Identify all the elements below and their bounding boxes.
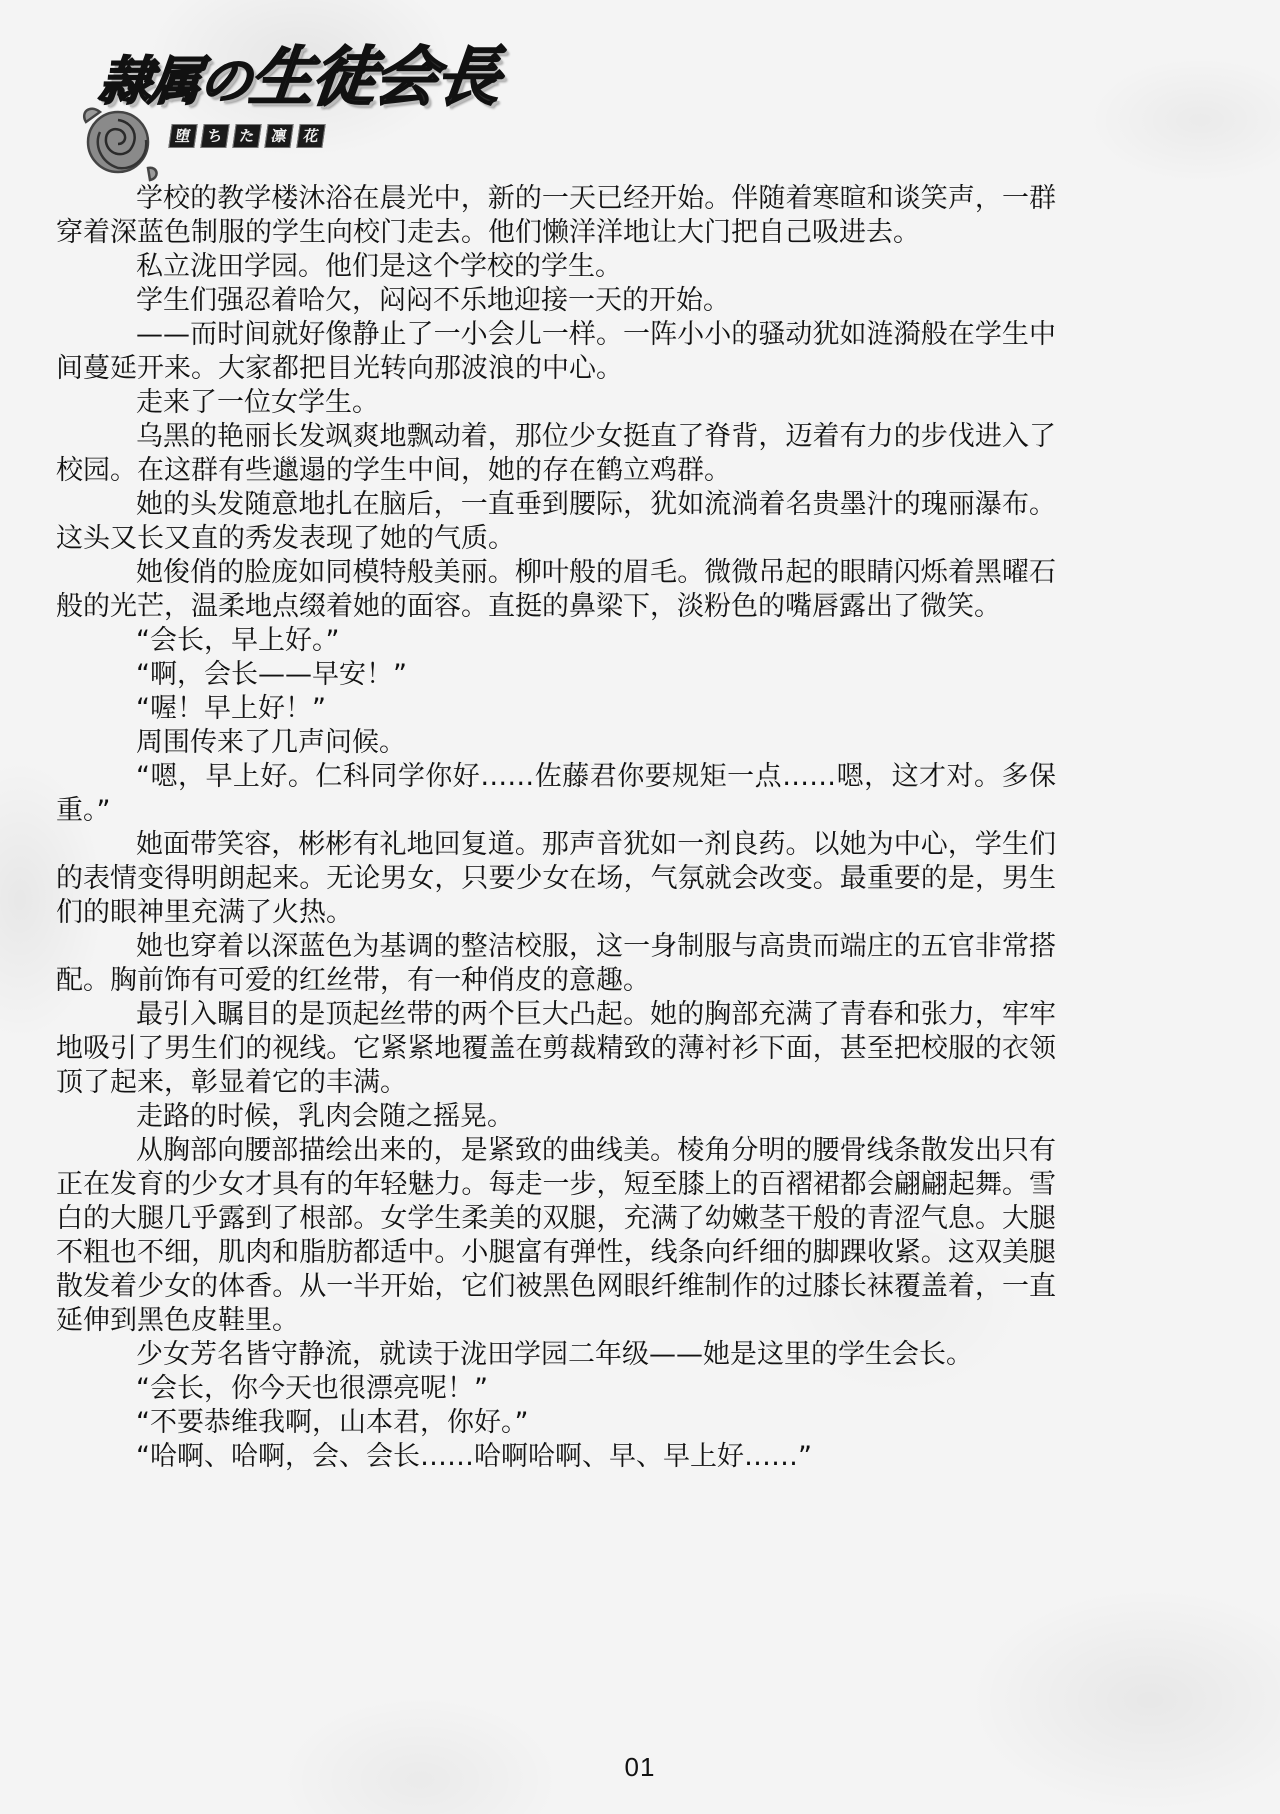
- paragraph: 走路的时候，乳肉会随之摇晃。: [56, 1100, 1056, 1134]
- logo-subtitle-char: た: [232, 124, 261, 148]
- logo-subtitle-char: 堕: [168, 124, 197, 148]
- dialogue-line: “不要恭维我啊，山本君，你好。”: [56, 1406, 1056, 1440]
- paragraph: 她俊俏的脸庞如同模特般美丽。柳叶般的眉毛。微微吊起的眼睛闪烁着黑曜石般的光芒，温…: [56, 556, 1056, 624]
- dialogue-line: “会长，你今天也很漂亮呢！”: [56, 1372, 1056, 1406]
- paragraph: 她也穿着以深蓝色为基调的整洁校服，这一身制服与高贵而端庄的五官非常搭配。胸前饰有…: [56, 930, 1056, 998]
- paragraph: 她面带笑容，彬彬有礼地回复道。那声音犹如一剂良药。以她为中心，学生们的表情变得明…: [56, 828, 1056, 930]
- logo-subtitle-char: 凛: [264, 124, 293, 148]
- dialogue-line: “喔！早上好！”: [56, 692, 1056, 726]
- paragraph: 走来了一位女学生。: [56, 386, 1056, 420]
- logo-title: 隷属の生徒会長: [97, 46, 502, 110]
- logo-subtitle-char: ち: [200, 124, 229, 148]
- story-body: 学校的教学楼沐浴在晨光中，新的一天已经开始。伴随着寒暄和谈笑声，一群穿着深蓝色制…: [56, 182, 1056, 1474]
- book-title-logo: 隷属の生徒会長 堕 ち た 凛 花: [60, 38, 540, 158]
- paragraph: 学校的教学楼沐浴在晨光中，新的一天已经开始。伴随着寒暄和谈笑声，一群穿着深蓝色制…: [56, 182, 1056, 250]
- page-number: 01: [0, 1752, 1280, 1783]
- logo-subtitle: 堕 ち た 凛 花: [170, 124, 324, 148]
- paragraph: 最引入瞩目的是顶起丝带的两个巨大凸起。她的胸部充满了青春和张力，牢牢地吸引了男生…: [56, 998, 1056, 1100]
- paragraph: 她的头发随意地扎在脑后，一直垂到腰际，犹如流淌着名贵墨汁的瑰丽瀑布。这头又长又直…: [56, 488, 1056, 556]
- dialogue-line: “会长，早上好。”: [56, 624, 1056, 658]
- paragraph: 从胸部向腰部描绘出来的，是紧致的曲线美。棱角分明的腰骨线条散发出只有正在发育的少…: [56, 1134, 1056, 1338]
- dialogue-line: “啊，会长——早安！”: [56, 658, 1056, 692]
- paragraph: ——而时间就好像静止了一小会儿一样。一阵小小的骚动犹如涟漪般在学生中间蔓延开来。…: [56, 318, 1056, 386]
- logo-title-part-1: 隷属の: [96, 51, 252, 112]
- paragraph: 乌黑的艳丽长发飒爽地飘动着，那位少女挺直了脊背，迈着有力的步伐进入了校园。在这群…: [56, 420, 1056, 488]
- paragraph: 少女芳名皆守静流，就读于泷田学园二年级——她是这里的学生会长。: [56, 1338, 1056, 1372]
- dialogue-line: “嗯，早上好。仁科同学你好……佐藤君你要规矩一点……嗯，这才对。多保重。”: [56, 760, 1056, 828]
- paragraph: 私立泷田学园。他们是这个学校的学生。: [56, 250, 1056, 284]
- dialogue-line: “哈啊、哈啊，会、会长……哈啊哈啊、早、早上好……”: [56, 1440, 1056, 1474]
- logo-title-part-2: 生徒会長: [246, 40, 502, 115]
- logo-subtitle-char: 花: [296, 124, 325, 148]
- paragraph: 学生们强忍着哈欠，闷闷不乐地迎接一天的开始。: [56, 284, 1056, 318]
- paragraph: 周围传来了几声问候。: [56, 726, 1056, 760]
